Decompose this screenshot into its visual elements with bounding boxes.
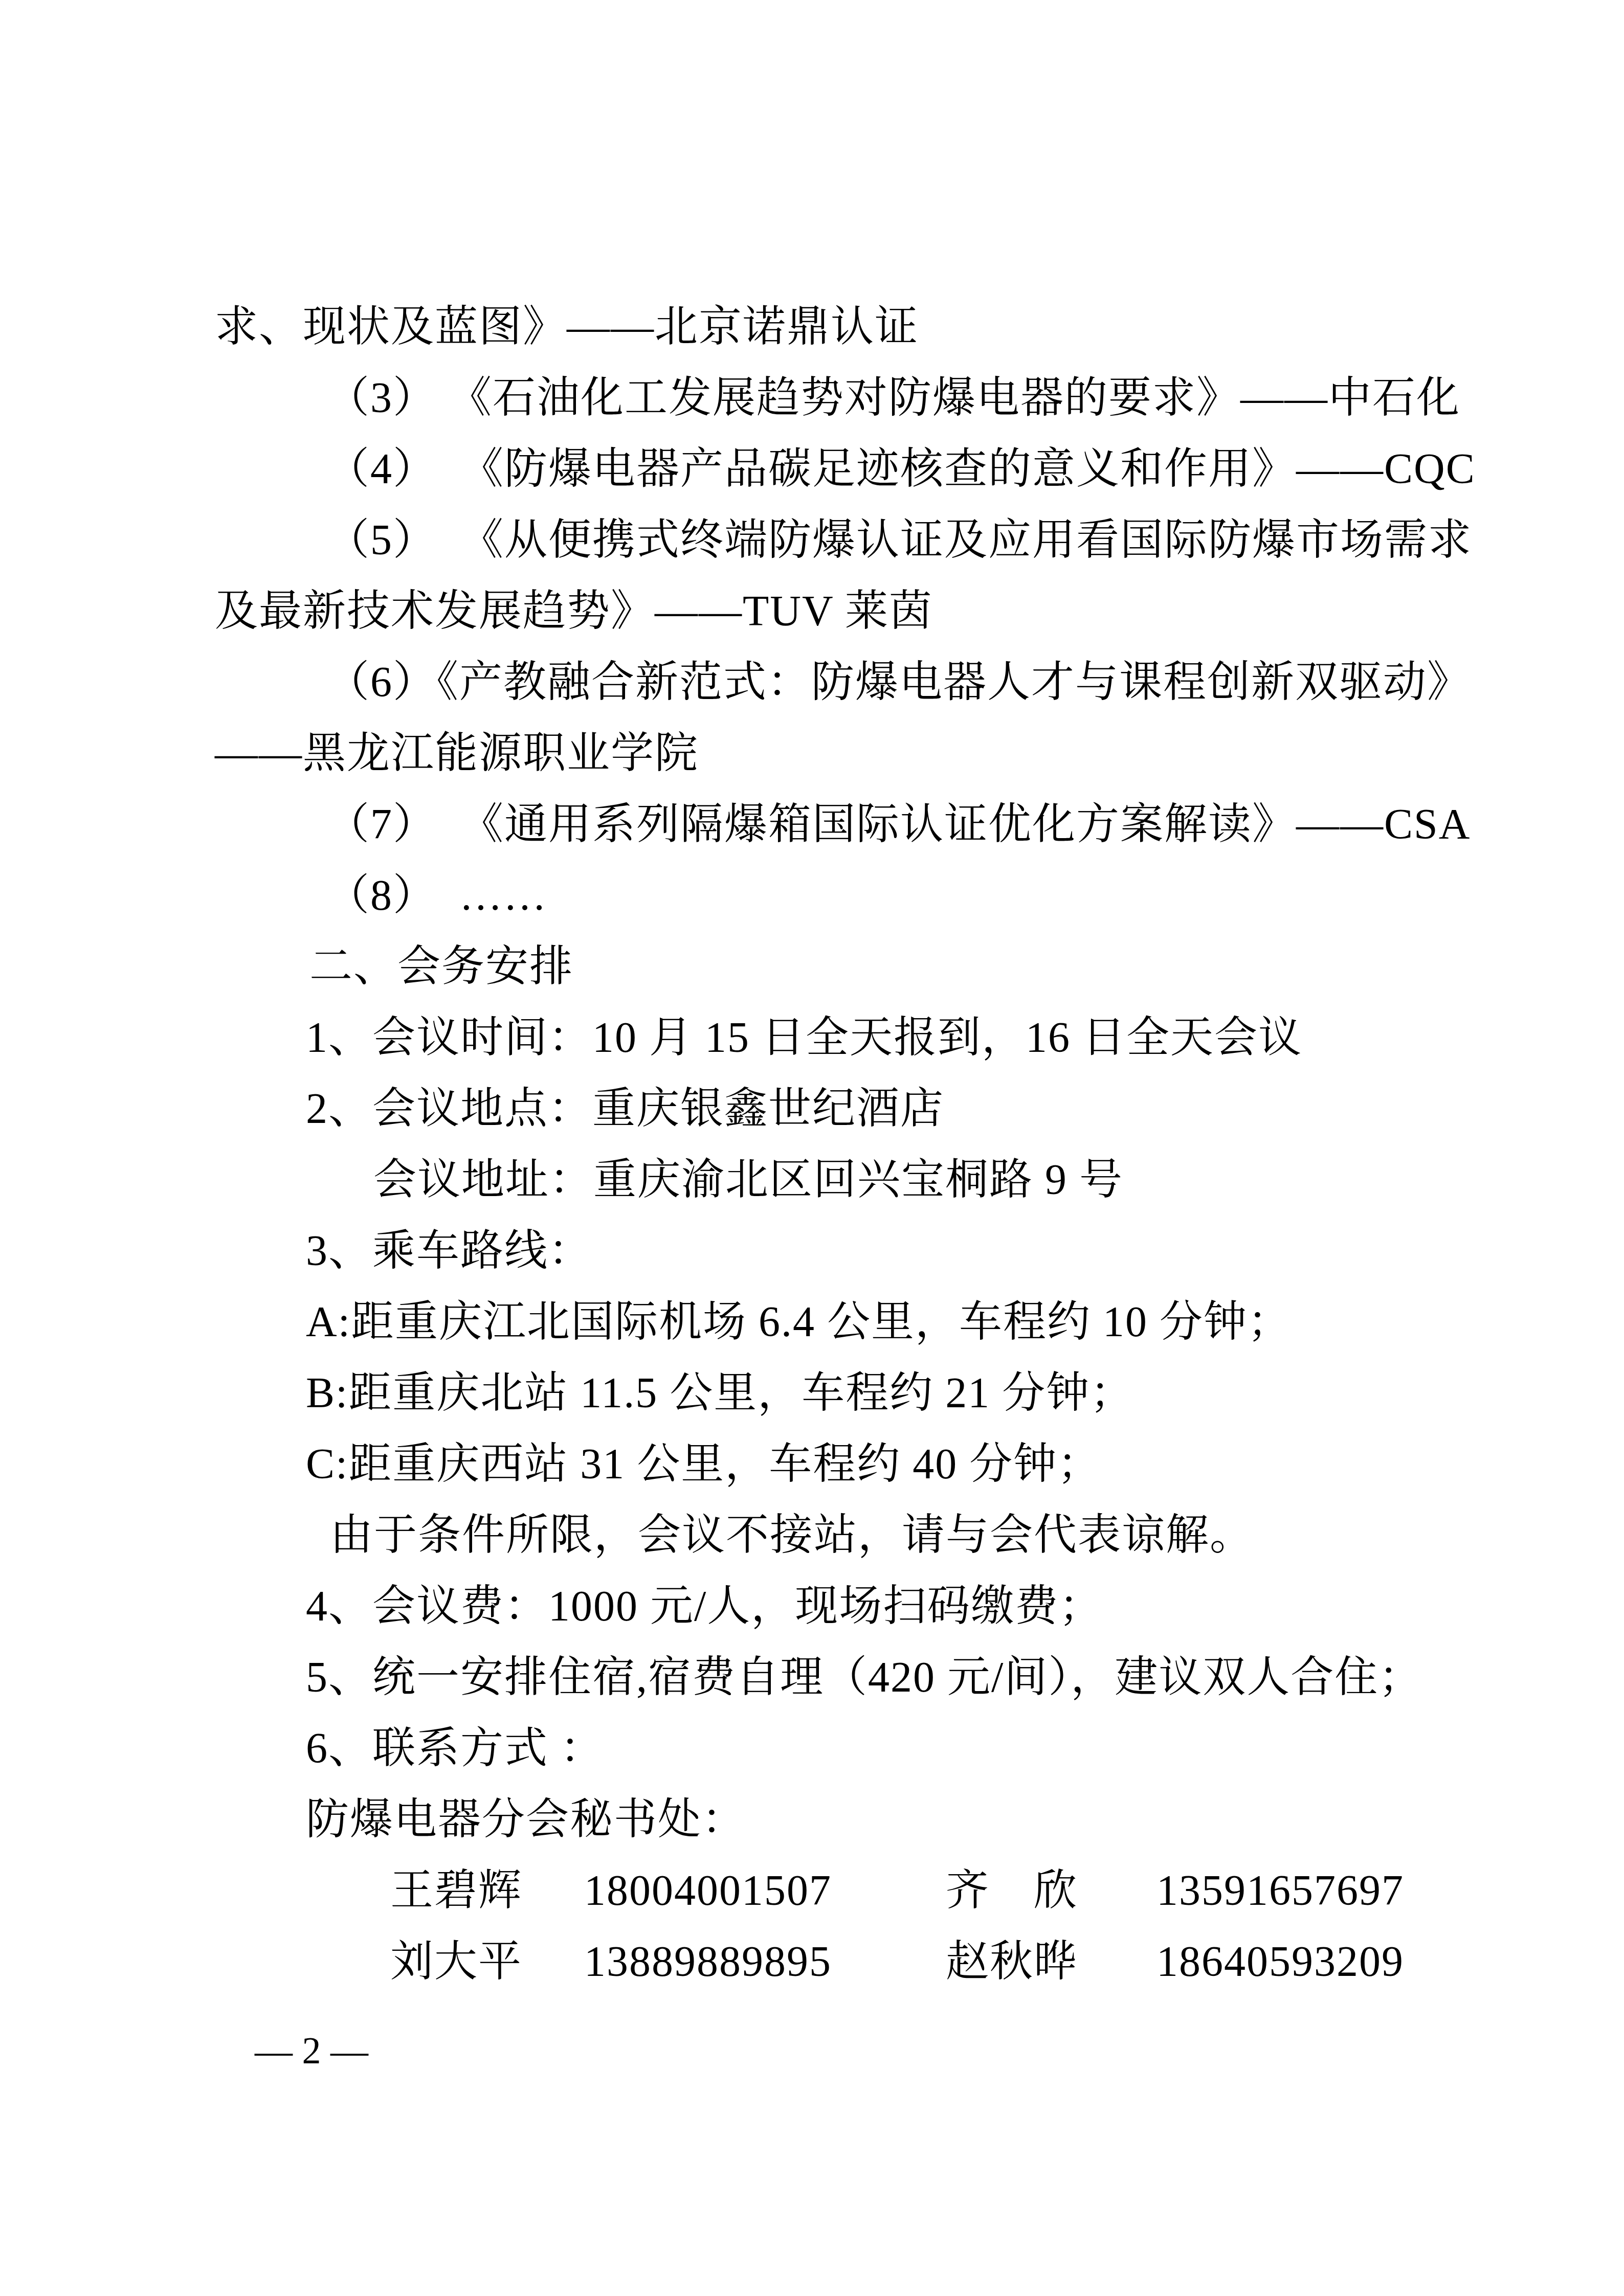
- text-line-continuation: 求、现状及蓝图》——北京诺鼎认证: [215, 291, 1427, 363]
- agenda-item-7: （7） 《通用系列隔爆箱国际认证优化方案解读》——CSA: [215, 789, 1427, 860]
- contact-name: 赵秋晔: [946, 1926, 1078, 1997]
- agenda-item-4: （4） 《防爆电器产品碳足迹核查的意义和作用》——CQC: [215, 434, 1427, 505]
- contact-heading-line: 6、联系方式 ：: [215, 1713, 1427, 1784]
- contact-name: 刘大平: [390, 1926, 522, 1997]
- contact-row: 刘大平 13889889895 赵秋晔 18640593209: [215, 1926, 1427, 1997]
- agenda-item-5: （5） 《从便携式终端防爆认证及应用看国际防爆市场需求: [215, 505, 1427, 576]
- agenda-item-5-wrap: 及最新技术发展趋势》——TUV 莱茵: [215, 576, 1427, 647]
- fee-line: 4、会议费：1000 元/人，现场扫码缴费；: [215, 1571, 1427, 1642]
- agenda-item-6: （6）《产教融合新范式：防爆电器人才与课程创新双驱动》: [215, 647, 1427, 718]
- accommodation-line: 5、统一安排住宿,宿费自理（420 元/间），建议双人合住；: [215, 1642, 1427, 1713]
- no-pickup-note-line: 由于条件所限，会议不接站，请与会代表谅解。: [215, 1500, 1427, 1571]
- transport-heading-line: 3、乘车路线：: [215, 1215, 1427, 1287]
- contact-phone: 18004001507: [584, 1855, 832, 1926]
- route-a-line: A:距重庆江北国际机场 6.4 公里，车程约 10 分钟；: [215, 1287, 1427, 1358]
- contact-name: 齐 欣: [946, 1855, 1078, 1926]
- section-heading-arrangements: 二、会务安排: [215, 931, 1427, 1002]
- agenda-item-8: （8） ……: [215, 860, 1427, 931]
- meeting-address-line: 会议地址：重庆渝北区回兴宝桐路 9 号: [215, 1144, 1427, 1215]
- route-b-line: B:距重庆北站 11.5 公里，车程约 21 分钟；: [215, 1358, 1427, 1429]
- contact-row: 王碧辉 18004001507 齐 欣 13591657697: [215, 1855, 1427, 1926]
- meeting-time-line: 1、会议时间：10 月 15 日全天报到，16 日全天会议: [215, 1002, 1427, 1073]
- contact-name: 王碧辉: [390, 1855, 522, 1926]
- route-c-line: C:距重庆西站 31 公里，车程约 40 分钟；: [215, 1429, 1427, 1500]
- contact-phone: 13889889895: [584, 1926, 832, 1997]
- secretariat-line: 防爆电器分会秘书处：: [215, 1784, 1427, 1855]
- meeting-venue-line: 2、会议地点：重庆银鑫世纪酒店: [215, 1073, 1427, 1144]
- contact-phone: 18640593209: [1156, 1926, 1404, 1997]
- contact-phone: 13591657697: [1156, 1855, 1404, 1926]
- page-number: — 2 —: [215, 2016, 1427, 2087]
- agenda-item-6-wrap: ——黑龙江能源职业学院: [215, 718, 1427, 789]
- agenda-item-3: （3） 《石油化工发展趋势对防爆电器的要求》——中石化: [215, 363, 1427, 434]
- document-page: 求、现状及蓝图》——北京诺鼎认证 （3） 《石油化工发展趋势对防爆电器的要求》—…: [0, 0, 1624, 2296]
- document-body: 求、现状及蓝图》——北京诺鼎认证 （3） 《石油化工发展趋势对防爆电器的要求》—…: [215, 291, 1427, 2087]
